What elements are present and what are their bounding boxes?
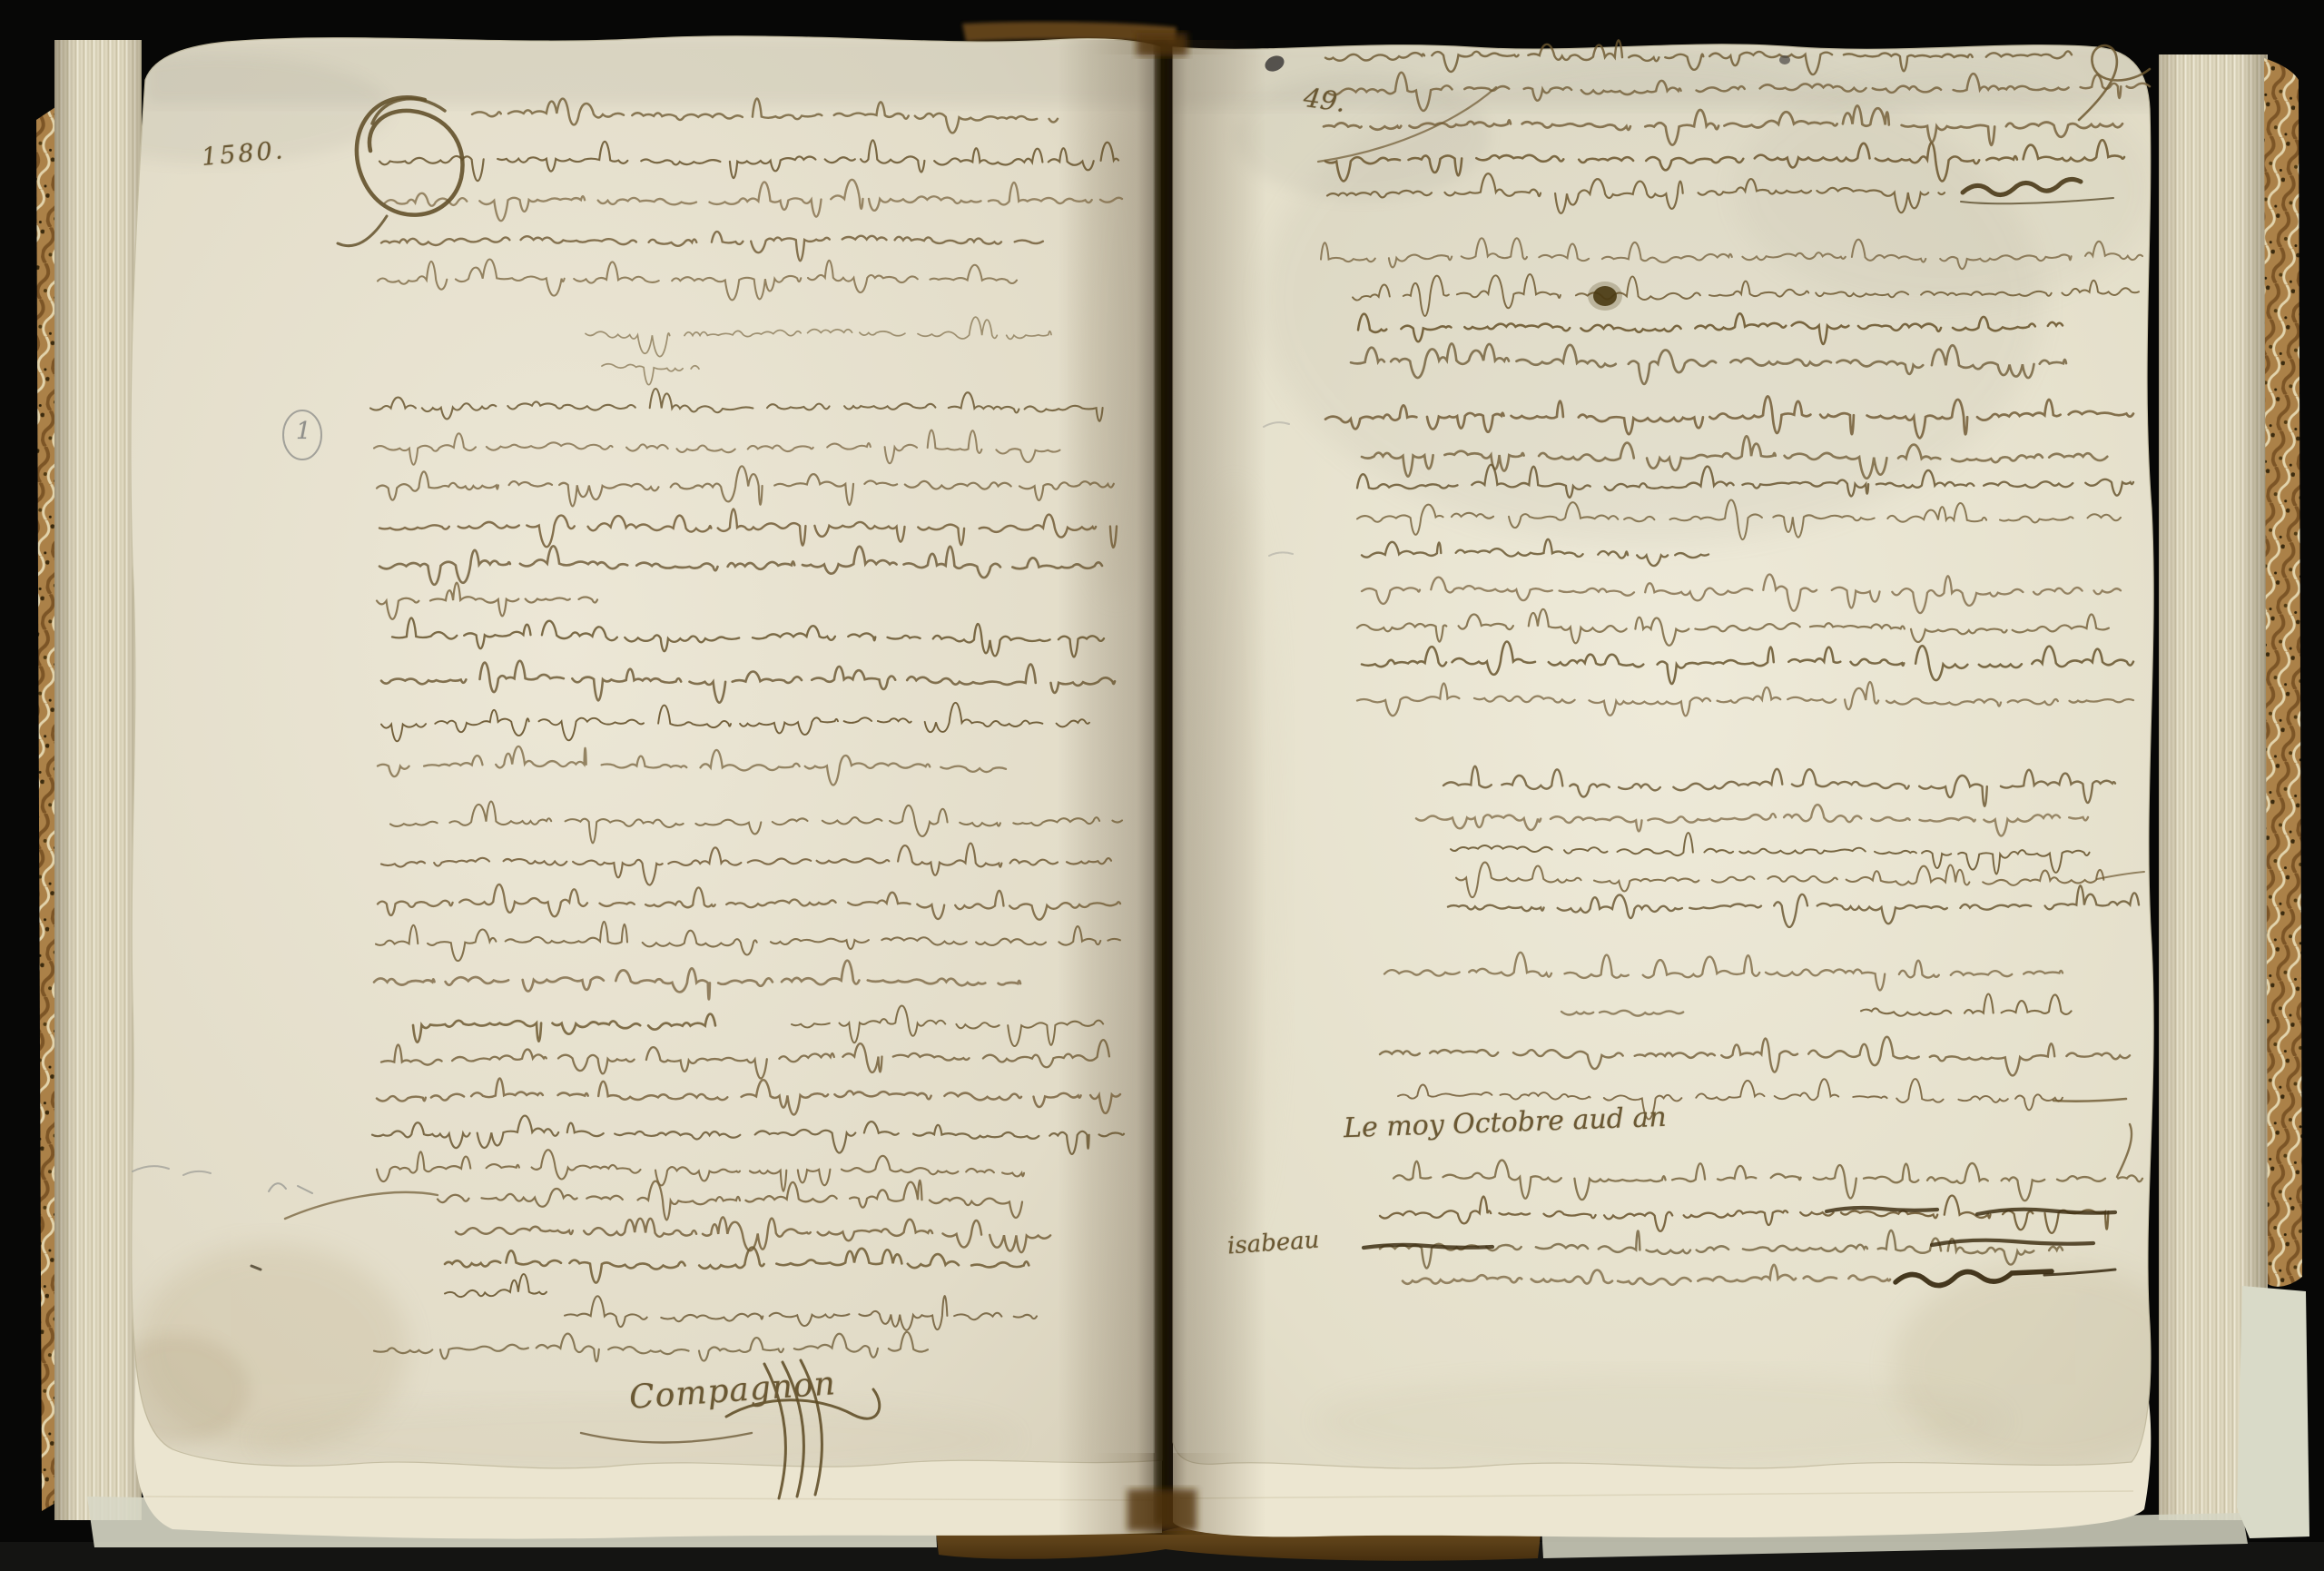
book-illustration (0, 0, 2324, 1571)
cover-corner-right (2237, 1286, 2309, 1538)
margin-note-isabeau: isabeau (1226, 1228, 1320, 1258)
pencil-number: 1 (296, 420, 311, 443)
folio-number: 49. (1302, 84, 1347, 116)
ink-smudge (1779, 55, 1790, 64)
gutter-shadow (1058, 33, 1266, 1535)
open-register-book-photo: 1580. 49. isabeau Le moy Octobre aud an … (0, 0, 2324, 1571)
marbled-edge-right (2264, 58, 2302, 1287)
margin-year: 1580. (201, 138, 286, 170)
